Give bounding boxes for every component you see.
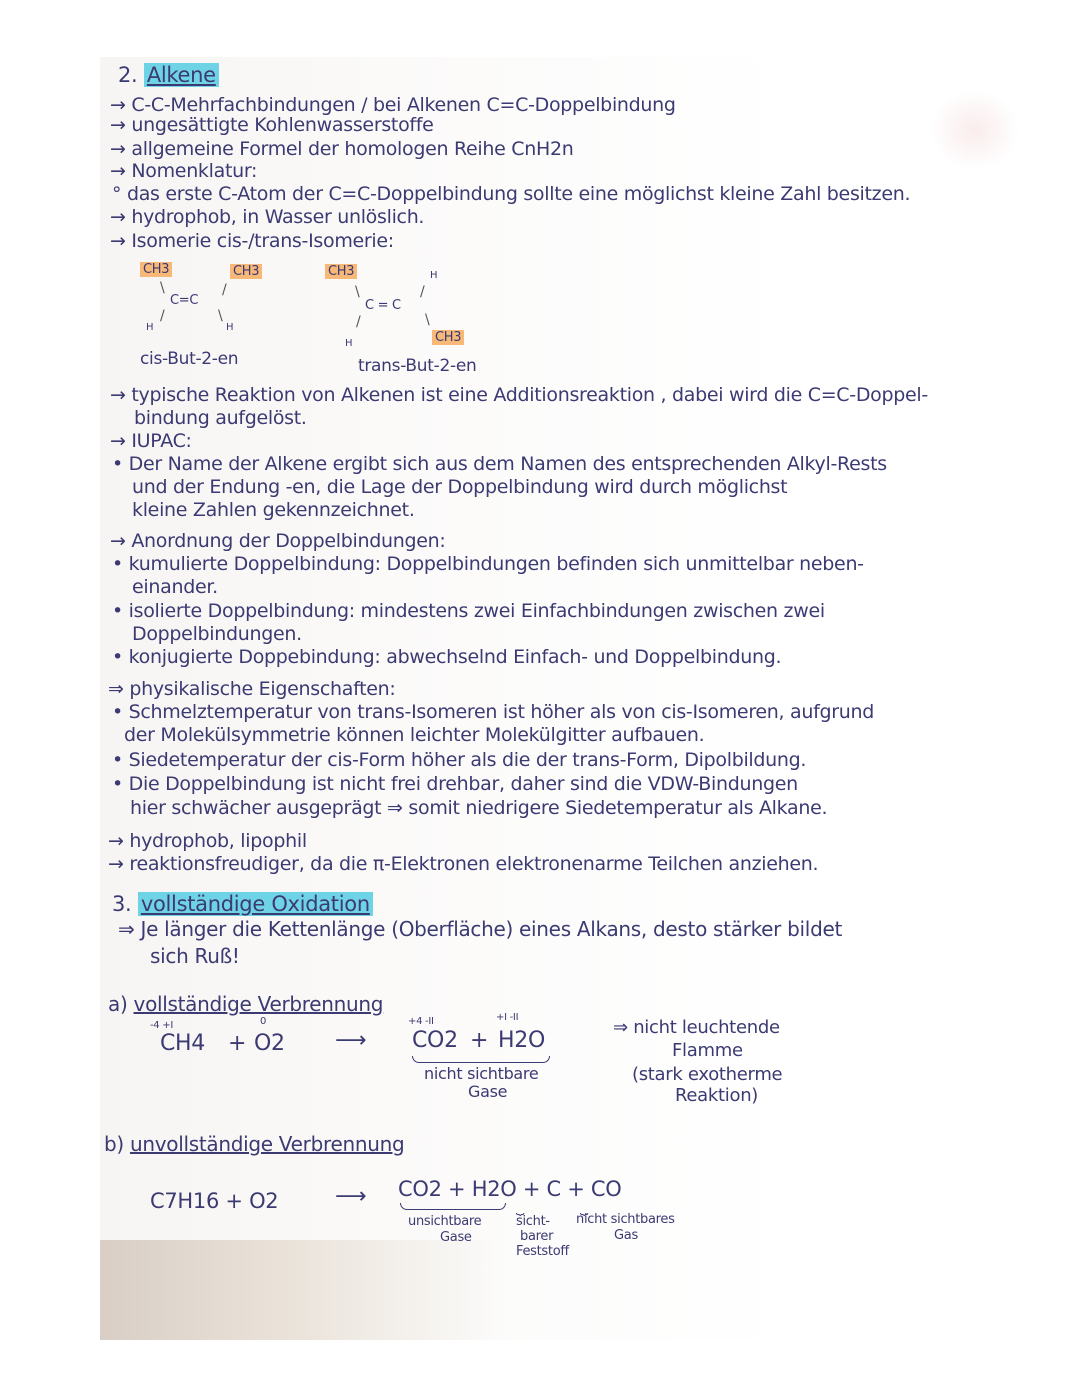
bond-line: /	[222, 282, 227, 298]
note-line: • Der Name der Alkene ergibt sich aus de…	[112, 453, 887, 475]
plus-sign: +	[228, 1033, 246, 1055]
note-line: • isolierte Doppelbindung: mindestens zw…	[112, 600, 825, 622]
bond-line: \	[425, 312, 430, 328]
brace-label: Gase	[468, 1084, 507, 1099]
product: CO2	[412, 1030, 458, 1052]
bond-line: /	[356, 314, 361, 330]
note-line: bindung aufgelöst.	[134, 407, 307, 429]
section-title: vollständige Oxidation	[138, 892, 373, 916]
section-number: 2.	[118, 63, 137, 87]
product-label: Feststoff	[516, 1244, 569, 1259]
trans-ch3-right: CH3	[432, 330, 464, 345]
product-label: Gase	[440, 1230, 472, 1245]
underbrace	[400, 1203, 506, 1210]
note-line: → C-C-Mehrfachbindungen / bei Alkenen C=…	[110, 94, 676, 116]
plus-sign: +	[470, 1030, 488, 1052]
reactant: O2	[254, 1033, 285, 1055]
note-line: → Nomenklatur:	[110, 160, 257, 182]
note-line: → typische Reaktion von Alkenen ist eine…	[110, 384, 928, 406]
reactants: C7H16 + O2	[150, 1190, 278, 1212]
note-line: → Anordnung der Doppelbindungen:	[110, 530, 445, 552]
subsection-title: vollständige Verbrennung	[134, 992, 384, 1016]
oxidation-number: 0	[260, 1016, 266, 1028]
note-line: → reaktionsfreudiger, da die π-Elektrone…	[108, 853, 818, 875]
result-note: Flamme	[672, 1040, 743, 1062]
note-line: → IUPAC:	[110, 430, 192, 452]
cis-double-bond: C=C	[170, 293, 198, 308]
product: H2O	[498, 1030, 545, 1052]
note-line: und der Endung -en, die Lage der Doppelb…	[132, 476, 787, 498]
underbrace	[412, 1056, 550, 1063]
product-label: unsichtbare	[408, 1214, 481, 1229]
cis-h-right: H	[226, 322, 233, 334]
result-note: ⇒ nicht leuchtende	[613, 1017, 780, 1039]
reactant: CH4	[160, 1033, 205, 1055]
note-line: → allgemeine Formel der homologen Reihe …	[110, 138, 573, 160]
bond-line: \	[160, 280, 165, 296]
result-note: Reaktion)	[675, 1085, 758, 1107]
cis-ch3-left: CH3	[140, 262, 172, 277]
note-line: • kumulierte Doppelbindung: Doppelbindun…	[112, 553, 864, 575]
subsection-label: b)	[104, 1132, 124, 1156]
note-line: → Isomerie cis-/trans-Isomerie:	[110, 230, 394, 252]
subsection-a-heading: a) vollständige Verbrennung	[108, 993, 383, 1015]
result-note: (stark exotherme	[632, 1064, 782, 1086]
section-number: 3.	[112, 892, 131, 916]
bond-line: /	[420, 284, 425, 300]
products: CO2 + H2O + C + CO	[398, 1178, 622, 1200]
note-line: hier schwächer ausgeprägt ⇒ somit niedri…	[130, 797, 827, 819]
product-label: barer	[520, 1229, 553, 1244]
oxidation-number: +I -II	[496, 1012, 518, 1024]
trans-double-bond: C = C	[365, 298, 401, 313]
oxidation-number: +4 -II	[408, 1016, 434, 1028]
bond-line: \	[355, 284, 360, 300]
brace-label: nicht sichtbare	[424, 1066, 538, 1081]
section-2-heading: 2. Alkene	[118, 64, 219, 86]
subsection-b-heading: b) unvollständige Verbrennung	[104, 1133, 404, 1155]
note-line: ⇒ physikalische Eigenschaften:	[108, 678, 396, 700]
reaction-arrow: ⟶	[335, 1030, 366, 1052]
product-label: nicht sichtbares	[576, 1212, 675, 1227]
bleed-through-drawing	[930, 90, 1020, 170]
note-line: • Schmelztemperatur von trans-Isomeren i…	[112, 701, 874, 723]
note-line: • Siedetemperatur der cis-Form höher als…	[112, 749, 806, 771]
section-title: Alkene	[144, 63, 219, 87]
cis-ch3-right: CH3	[230, 264, 262, 279]
cis-name: cis-But-2-en	[140, 348, 238, 370]
note-line: einander.	[132, 576, 218, 598]
product-label: sicht-	[516, 1214, 550, 1229]
note-line: der Molekülsymmetrie können leichter Mol…	[124, 724, 704, 746]
note-line: ° das erste C-Atom der C=C-Doppelbindung…	[112, 183, 910, 205]
note-line: Doppelbindungen.	[132, 623, 302, 645]
note-line: ⇒ Je länger die Kettenlänge (Oberfläche)…	[118, 918, 842, 940]
trans-ch3-left: CH3	[325, 264, 357, 279]
product-label: Gas	[614, 1228, 638, 1243]
bond-line: /	[160, 308, 165, 324]
note-line: → ungesättigte Kohlenwasserstoffe	[110, 114, 434, 136]
cis-h-left: H	[146, 322, 153, 334]
subsection-label: a)	[108, 992, 127, 1016]
note-line: • konjugierte Doppebindung: abwechselnd …	[112, 646, 781, 668]
page-shadow	[100, 1240, 500, 1340]
subsection-title: unvollständige Verbrennung	[130, 1132, 404, 1156]
section-3-heading: 3. vollständige Oxidation	[112, 893, 373, 915]
trans-h-right: H	[430, 270, 437, 282]
reaction-arrow: ⟶	[335, 1186, 366, 1208]
bond-line: \	[218, 308, 223, 324]
note-line: sich Ruß!	[150, 945, 240, 967]
trans-name: trans-But-2-en	[358, 355, 476, 377]
note-line: kleine Zahlen gekennzeichnet.	[132, 499, 415, 521]
trans-h-left: H	[345, 338, 352, 350]
note-line: → hydrophob, in Wasser unlöslich.	[110, 206, 424, 228]
note-line: → hydrophob, lipophil	[108, 830, 307, 852]
note-line: • Die Doppelbindung ist nicht frei drehb…	[112, 773, 798, 795]
